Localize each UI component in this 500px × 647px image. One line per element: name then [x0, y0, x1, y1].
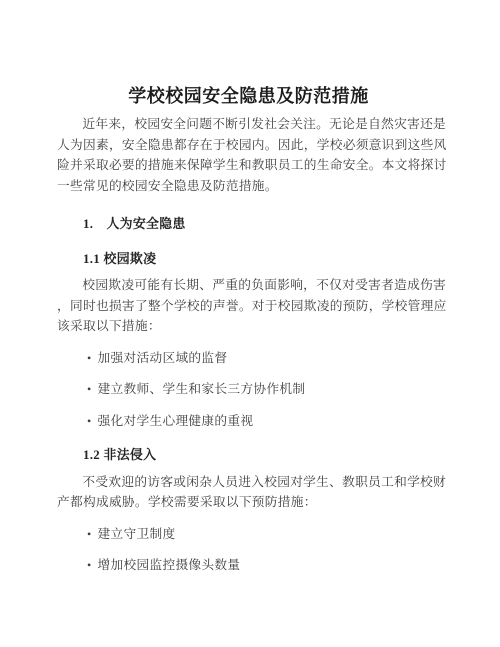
bullet-text: 建立教师、学生和家长三方协作机制	[98, 379, 306, 400]
document-page: 学校校园安全隐患及防范措施 近年来，校园安全问题不断引发社会关注。无论是自然灾害…	[0, 0, 500, 647]
page: { "page": { "background": "#ffffff", "bo…	[0, 0, 500, 647]
section-heading-1-2: 1.2 非法侵入	[83, 445, 440, 466]
bullet-item-cooperation: • 建立教师、学生和家长三方协作机制	[87, 379, 440, 400]
bullet-item-mental-health: • 强化对学生心理健康的重视	[87, 411, 440, 432]
bullet-text: 强化对学生心理健康的重视	[98, 411, 254, 432]
bullet-icon: •	[87, 524, 92, 545]
bullet-icon: •	[87, 379, 92, 400]
bullying-paragraph: 校园欺凌可能有长期、严重的负面影响，不仅对受害者造成伤害 ，同时也损害了整个学校…	[57, 275, 440, 337]
section-heading-1-1: 1.1 校园欺凌	[83, 249, 440, 270]
intro-paragraph: 近年来，校园安全问题不断引发社会关注。无论是自然灾害还是 人为因素，安全隐患都存…	[57, 114, 440, 196]
bullet-icon: •	[87, 555, 92, 576]
bullet-item-supervision: • 加强对活动区域的监督	[87, 348, 440, 369]
intrusion-paragraph: 不受欢迎的访客或闲杂人员进入校园对学生、教职员工和学校财 产都构成威胁。学校需要…	[57, 472, 440, 513]
section-heading-1: 1. 人为安全隐患	[83, 214, 440, 235]
bullet-text: 加强对活动区域的监督	[98, 348, 228, 369]
bullet-icon: •	[87, 411, 92, 432]
bullet-item-guard-system: • 建立守卫制度	[87, 524, 440, 545]
bullet-item-cameras: • 增加校园监控摄像头数量	[87, 555, 440, 576]
bullet-text: 建立守卫制度	[98, 524, 176, 545]
document-title: 学校校园安全隐患及防范措施	[57, 84, 440, 108]
bullet-icon: •	[87, 348, 92, 369]
bullet-text: 增加校园监控摄像头数量	[98, 555, 241, 576]
